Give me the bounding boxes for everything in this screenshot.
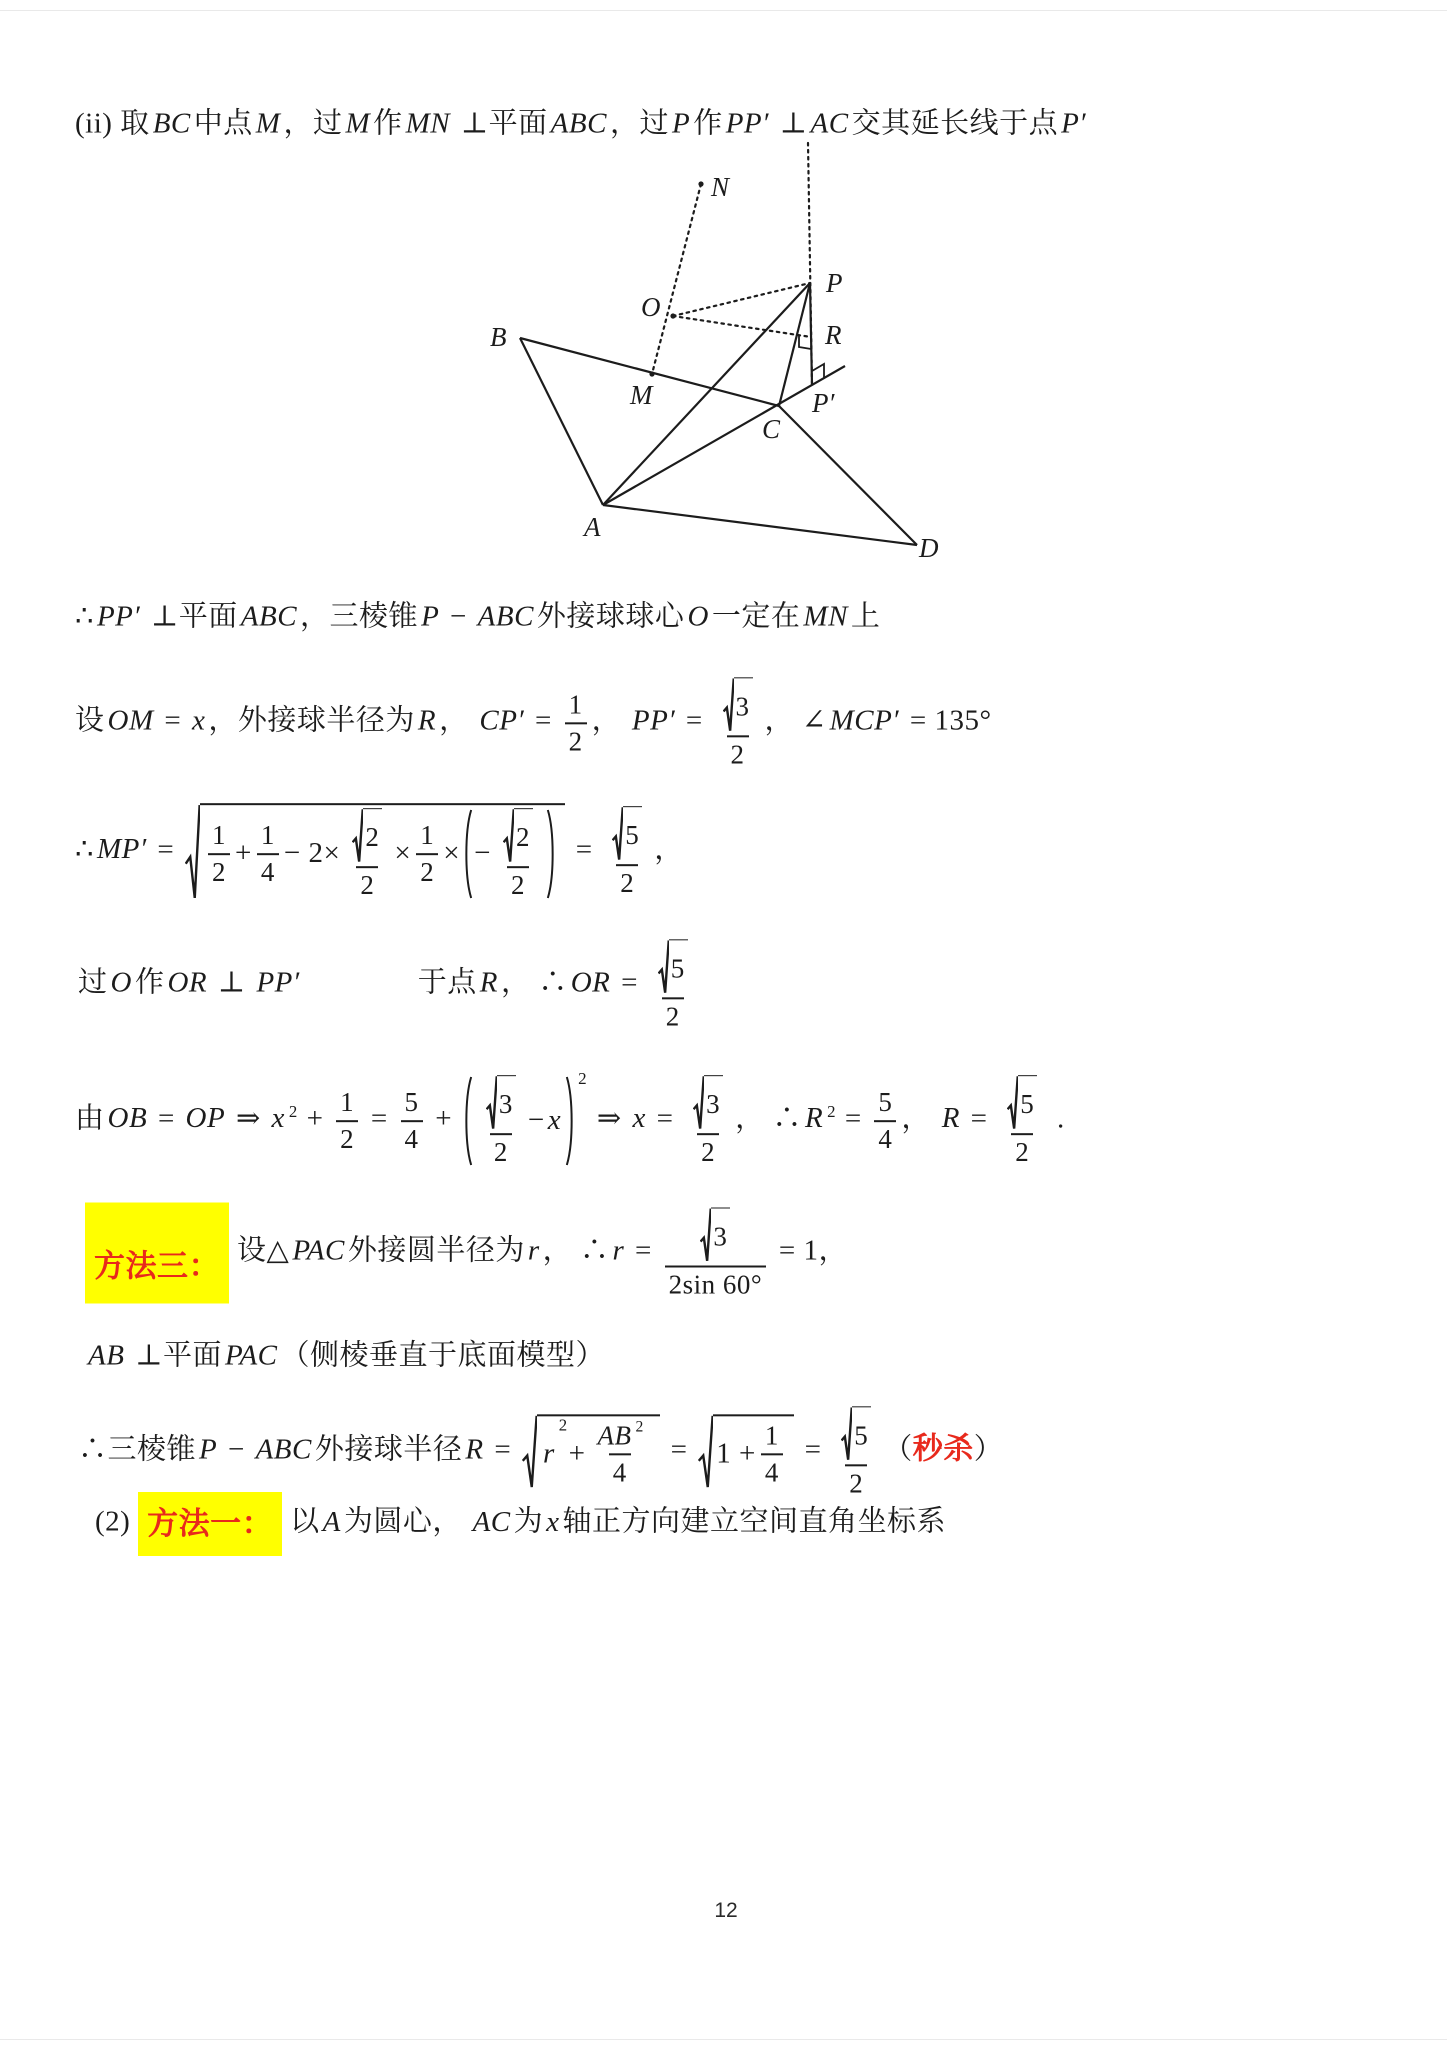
math-var: MCP′ [830,705,900,737]
denominator: 4 [761,1453,783,1486]
denominator: 2 [490,1133,512,1166]
math-var: R [465,1434,483,1466]
square-root: 12 + 14 − 2×22×12×−22 [185,803,565,901]
text-run: 2 [1015,1138,1029,1166]
paren-right [546,808,557,900]
text-run: = [613,967,645,999]
text-run: （侧棱垂直于底面模型） [281,1340,606,1372]
text-run: − [220,1434,252,1466]
superscript: 2 [827,1103,836,1122]
math-var: MP′ [97,834,147,866]
math-var: M [345,108,370,140]
numerator: 1 [336,1089,358,1120]
math-var: x [272,1103,285,1135]
numerator: 5 [834,1406,878,1464]
denominator: 2 [662,997,684,1030]
denominator: 2 [565,722,587,755]
text-run: 3 [713,1222,727,1250]
text-run: 由 [75,1103,105,1135]
text-run: 2 [360,871,374,899]
fraction: 54 [401,1089,423,1154]
text-run: = [157,705,189,737]
denominator: 2 [507,866,529,899]
denominator: 2 [336,1120,358,1153]
text-run: 作 [373,108,403,140]
math-var: R [942,1103,960,1135]
paren-body: −22 [473,808,546,900]
square-root: r2 + AB24 [522,1415,660,1490]
diagram-dotted-edge [673,316,811,337]
square-root: 5 [612,806,642,861]
right-angle-mark [799,335,811,349]
text-run: ∴ [75,601,94,633]
text-run: 2 [340,1125,354,1153]
fraction: 12 [336,1089,358,1154]
numerator: 1 [257,822,279,853]
text-run: = [663,1434,695,1466]
radicand: 3 [711,1207,730,1262]
text-run: 2 [666,1002,680,1030]
math-var: ABC [551,108,607,140]
text-run: 设△ [237,1235,289,1267]
denominator: 4 [874,1120,896,1153]
radicand: 3 [734,677,753,732]
text-run: = [363,1103,395,1135]
text-run: 5 [1020,1090,1034,1118]
radical-icon [658,939,669,994]
math-var: x [548,1107,561,1136]
fraction: 14 [257,822,279,887]
numerator: 3 [686,1075,730,1133]
math-var: AB [598,1422,632,1450]
text-run: 3 [736,692,750,720]
text-run: ， ∴ [735,1103,802,1135]
radical-icon [698,1415,713,1490]
text-run: − [528,1107,545,1136]
math-var: AB [88,1340,124,1372]
text-run: = [678,705,710,737]
point-label: P′ [811,388,835,418]
fraction: 14 [761,1422,783,1487]
point-label: C [762,414,781,444]
text-run: = [963,1103,995,1135]
text-run: 4 [765,1458,779,1486]
math-var: OB [108,1103,148,1135]
point-label: M [629,380,654,410]
formula-line-conclusion: ∴PP′ ⊥平面ABC，三棱锥P − ABC外接球球心O一定在MN上 [75,603,880,632]
fraction: 52 [1000,1075,1044,1166]
text-run: = [568,834,600,866]
numerator: 2 [345,808,389,866]
radicand: 3 [704,1075,723,1130]
document-page: NPORBMP′CAD (ii) 取BC中点M，过M作MN ⊥平面ABC，过P作… [0,0,1447,2048]
text-run: 4 [261,858,275,886]
paren-right [565,1075,576,1167]
radicand: 5 [623,806,642,861]
denominator: 2 [616,864,638,897]
text-run: 2 [731,740,745,768]
math-var: OM [108,705,154,737]
square-root: 3 [723,677,753,732]
diagram-edge [810,283,812,385]
radical-icon [1007,1075,1018,1130]
text-run: 3 [499,1090,513,1118]
square-root: 3 [486,1075,516,1130]
math-var: PP′ [632,705,675,737]
text-run: ⊥平面 [143,601,238,633]
diagram-dotted-edge [808,143,812,385]
text-run: ） [974,1434,1004,1466]
radical-icon [612,806,623,861]
text-run: ⊥平面 [453,108,548,140]
math-var: O [687,601,708,633]
paren-group: −22 [462,808,557,900]
formula-line-heading-ii: (ii) 取BC中点M，过M作MN ⊥平面ABC，过P作PP′ ⊥AC交其延长线… [75,110,1089,139]
text-run: 外接圆半径为 [348,1235,525,1267]
numerator: 5 [605,806,649,864]
radical-icon [693,1075,704,1130]
numerator: 5 [874,1089,896,1120]
text-run: 中点 [194,108,253,140]
diagram-edge [779,283,810,406]
fraction: 32 [716,677,760,768]
text-run: 5 [854,1421,868,1449]
method-highlight: 方法三： [85,1203,229,1304]
radicand: 5 [669,939,688,994]
text-run: ，三棱锥 [300,601,418,633]
text-run: + [235,840,252,869]
denominator: 2 [727,735,749,768]
denominator: 4 [609,1453,631,1486]
page-edge-bottom [0,2039,1447,2040]
paren-left [462,808,473,900]
math-var: x [192,705,205,737]
formula-line-method-three: 方法三：设△PAC外接圆半径为r， ∴r = 32sin 60° = 1， [85,1203,848,1304]
text-run: 外接球半径 [315,1434,463,1466]
right-angle-mark [812,364,824,378]
math-var: r [612,1235,624,1267]
denominator: 2 [416,853,438,886]
math-var: MN [406,108,451,140]
math-var: P [672,108,690,140]
red-text: 秒杀 [913,1433,974,1466]
text-run: − [442,601,474,633]
denominator: 4 [257,853,279,886]
text-run: ∴ [75,834,94,866]
radicand: r2 + AB24 [537,1415,660,1490]
text-run: 2 [516,823,530,851]
fraction: 52 [651,939,695,1030]
text-run: 为 [514,1506,544,1538]
fraction: 22 [345,808,389,899]
radical-icon [503,808,514,863]
radical-icon [700,1207,711,1262]
denominator: 2 [697,1133,719,1166]
math-var: OR [167,967,207,999]
denominator: 2 [356,866,378,899]
math-var: PP′ [726,108,769,140]
text-run: . [1049,1103,1065,1135]
fraction: 12 [416,822,438,887]
page-number: 12 [686,1899,766,1923]
point-label: B [490,322,507,352]
radical-icon [352,808,363,863]
text-run: 设 [75,705,105,737]
text-run: 4 [878,1125,892,1153]
text-run: ⇒ [228,1103,268,1135]
text-run: 作 [693,108,723,140]
numerator: 1 [565,691,587,722]
diagram-edge [603,366,845,505]
diagram-edge [603,283,810,505]
text-run: 1 [340,1089,354,1117]
formula-line-or: 过O作OR ⊥ PP′于点R， ∴OR = 52 [78,939,700,1030]
numerator: 5 [651,939,695,997]
formula-line-ab-plane: AB ⊥平面PAC（侧棱垂直于底面模型） [85,1342,605,1371]
text-run: + [428,1103,460,1135]
fraction: 32 [479,1075,523,1166]
diagram-edge [779,406,917,545]
numerator: 3 [693,1207,737,1265]
text-run: 为圆心， [344,1506,470,1538]
math-var: PP′ [97,601,140,633]
text-run: ， ∠ [765,705,827,737]
math-var: R [480,967,498,999]
radicand: 1 + 14 [713,1415,794,1490]
text-run: 1 [212,822,226,850]
text-run: ，过 [283,108,342,140]
text-run: 2 [620,869,634,897]
text-run: = [627,1235,659,1267]
math-var: OR [571,967,611,999]
formula-line-radius: ∴三棱锥P − ABC外接球半径R = r2 + AB24 = 1 + 14 =… [78,1406,1003,1497]
diagram-dotted-edge [652,184,701,374]
method-highlight: 方法一： [138,1492,282,1556]
text-run: 5 [625,821,639,849]
text-run: ， [901,1103,938,1135]
fraction: 32 [686,1075,730,1166]
text-run: 2 [494,1138,508,1166]
text-run: 1 [420,822,434,850]
numerator: 1 [761,1422,783,1453]
text-run: + [299,1103,331,1135]
numerator: 2 [496,808,540,866]
text-run: 2 [511,871,525,899]
superscript: 2 [289,1103,298,1122]
text-run: 外接球球心 [537,601,685,633]
radical-icon [723,677,734,732]
fraction: 12 [208,822,230,887]
text-run: ， [654,834,684,866]
text-run: 1 [765,1422,779,1450]
diagram-point [670,313,675,318]
text-run: 上 [851,601,881,633]
text-run: ，过 [610,108,669,140]
superscript: 2 [578,1070,587,1087]
radical-icon [486,1075,497,1130]
text-run: 2 [365,823,379,851]
text-run: ⇒ [589,1103,629,1135]
text-run: 作 [135,967,165,999]
fraction: AB24 [591,1422,649,1487]
text-run: ， ∴ [543,1235,610,1267]
fraction: 52 [834,1406,878,1497]
text-run: = [797,1434,829,1466]
text-run: 1 [569,691,583,719]
math-var: A [323,1506,341,1538]
fraction: 32sin 60° [665,1207,767,1298]
text-run: 一定在 [712,601,801,633]
text-run: 2 [212,858,226,886]
formula-line-method-one: (2) 方法一：以A为圆心， AC为x轴正方向建立空间直角坐标系 [95,1492,946,1556]
text-run: 于点 [418,967,477,999]
paren-body: 32 − x [473,1075,565,1167]
math-var: OP [186,1103,226,1135]
square-root: 3 [700,1207,730,1262]
radical-icon [522,1415,537,1490]
math-var: ABC [256,1434,312,1466]
math-var: PAC [225,1340,278,1372]
square-root: 2 [503,808,533,863]
text-run: ， ∴ [501,967,568,999]
math-var: AC [473,1506,511,1538]
denominator: 4 [401,1120,423,1153]
text-run: = 135° [902,705,991,737]
text-run: = [487,1434,519,1466]
page-edge-top [0,10,1447,11]
text-run: ⊥平面 [127,1340,222,1372]
math-var: BC [153,108,191,140]
square-root: 2 [352,808,382,863]
text-run: = [150,1103,182,1135]
fraction: 52 [605,806,649,897]
formula-line-setup: 设OM = x，外接球半径为R， CP′ = 12， PP′ = 32， ∠MC… [75,677,992,768]
denominator: 2 [1011,1133,1033,1166]
text-run: 1 + [716,1440,756,1469]
text-run: 5 [878,1089,892,1117]
radicand: 3 [497,1075,516,1130]
diagram-edge [520,338,603,505]
math-var: P′ [1061,108,1086,140]
text-run: 2 [569,727,583,755]
math-var: CP′ [479,705,524,737]
diagram-point [649,371,654,376]
numerator: 5 [401,1089,423,1120]
numerator: 1 [416,822,438,853]
diagram-edge [603,505,917,545]
text-run: × [394,840,411,869]
point-label: O [641,292,661,322]
text-run: = [649,1103,681,1135]
square-root: 3 [693,1075,723,1130]
point-label: N [710,172,731,202]
text-run: (ii) 取 [75,108,150,140]
text-run: = [150,834,182,866]
formula-line-mp: ∴MP′ = 12 + 14 − 2×22×12×−22 = 52， [75,803,684,901]
math-var: x [546,1506,559,1538]
text-run: 2sin 60° [669,1270,763,1298]
text-run: 5 [671,954,685,982]
math-var: R [805,1103,823,1135]
radicand: 5 [1018,1075,1037,1130]
formula-line-ob-op: 由OB = OP ⇒ x2 + 12 = 54 + 32 − x2 ⇒ x = … [75,1075,1065,1167]
numerator: AB2 [591,1422,649,1453]
paren-group: 32 − x2 [462,1075,587,1167]
square-root: 5 [658,939,688,994]
radical-icon [185,803,200,901]
numerator: 5 [1000,1075,1044,1133]
denominator: 2 [208,853,230,886]
text-run: 以 [290,1506,320,1538]
text-run: 交其延长线于点 [852,108,1059,140]
math-var: r [528,1235,540,1267]
math-var: R [418,705,436,737]
text-run: （ [883,1434,913,1466]
text-run: − 2× [284,840,340,869]
text-run: 轴正方向建立空间直角坐标系 [563,1506,947,1538]
fraction: 22 [496,808,540,899]
point-label: P [825,268,843,298]
text-run: 1 [261,822,275,850]
point-label: D [918,533,939,563]
math-var: r [543,1440,555,1469]
radicand: 2 [363,808,382,863]
paren-left [462,1075,473,1167]
text-run: = [837,1103,869,1135]
numerator: 3 [716,677,760,735]
superscript: 2 [636,1420,644,1436]
text-run: 5 [405,1089,419,1117]
text-run: × [443,840,460,869]
text-run: − [474,840,491,869]
square-root: 5 [841,1406,871,1461]
text-run: 4 [613,1458,627,1486]
text-run: ⊥ [772,108,808,140]
square-root: 5 [1007,1075,1037,1130]
math-var: MN [803,601,848,633]
text-run: 4 [405,1125,419,1153]
math-var: PP′ [256,967,299,999]
point-label: A [582,512,601,542]
text-run: (2) [95,1506,138,1538]
diagram-edge [520,338,779,406]
diagram-point [698,181,703,186]
math-var: P [199,1434,217,1466]
radicand: 2 [514,808,533,863]
math-var: PAC [292,1235,345,1267]
math-var: ABC [241,601,297,633]
numerator: 3 [479,1075,523,1133]
math-var: M [256,108,281,140]
text-run: 3 [706,1090,720,1118]
text-run: ，外接球半径为 [208,705,415,737]
superscript: 2 [559,1418,568,1435]
math-var: P [421,601,439,633]
math-var: AC [811,108,849,140]
text-run: = 1， [771,1235,848,1267]
math-var: x [632,1103,645,1135]
denominator: 2sin 60° [665,1265,767,1298]
fraction: 54 [874,1089,896,1154]
radicand: 5 [852,1406,871,1461]
fraction: 12 [565,691,587,756]
text-run: 2 [701,1138,715,1166]
text-run: ⊥ [210,967,253,999]
diagram-dotted-edge [673,283,810,316]
math-var: ABC [478,601,534,633]
square-root: 1 + 14 [698,1415,794,1490]
point-label: R [824,320,842,350]
